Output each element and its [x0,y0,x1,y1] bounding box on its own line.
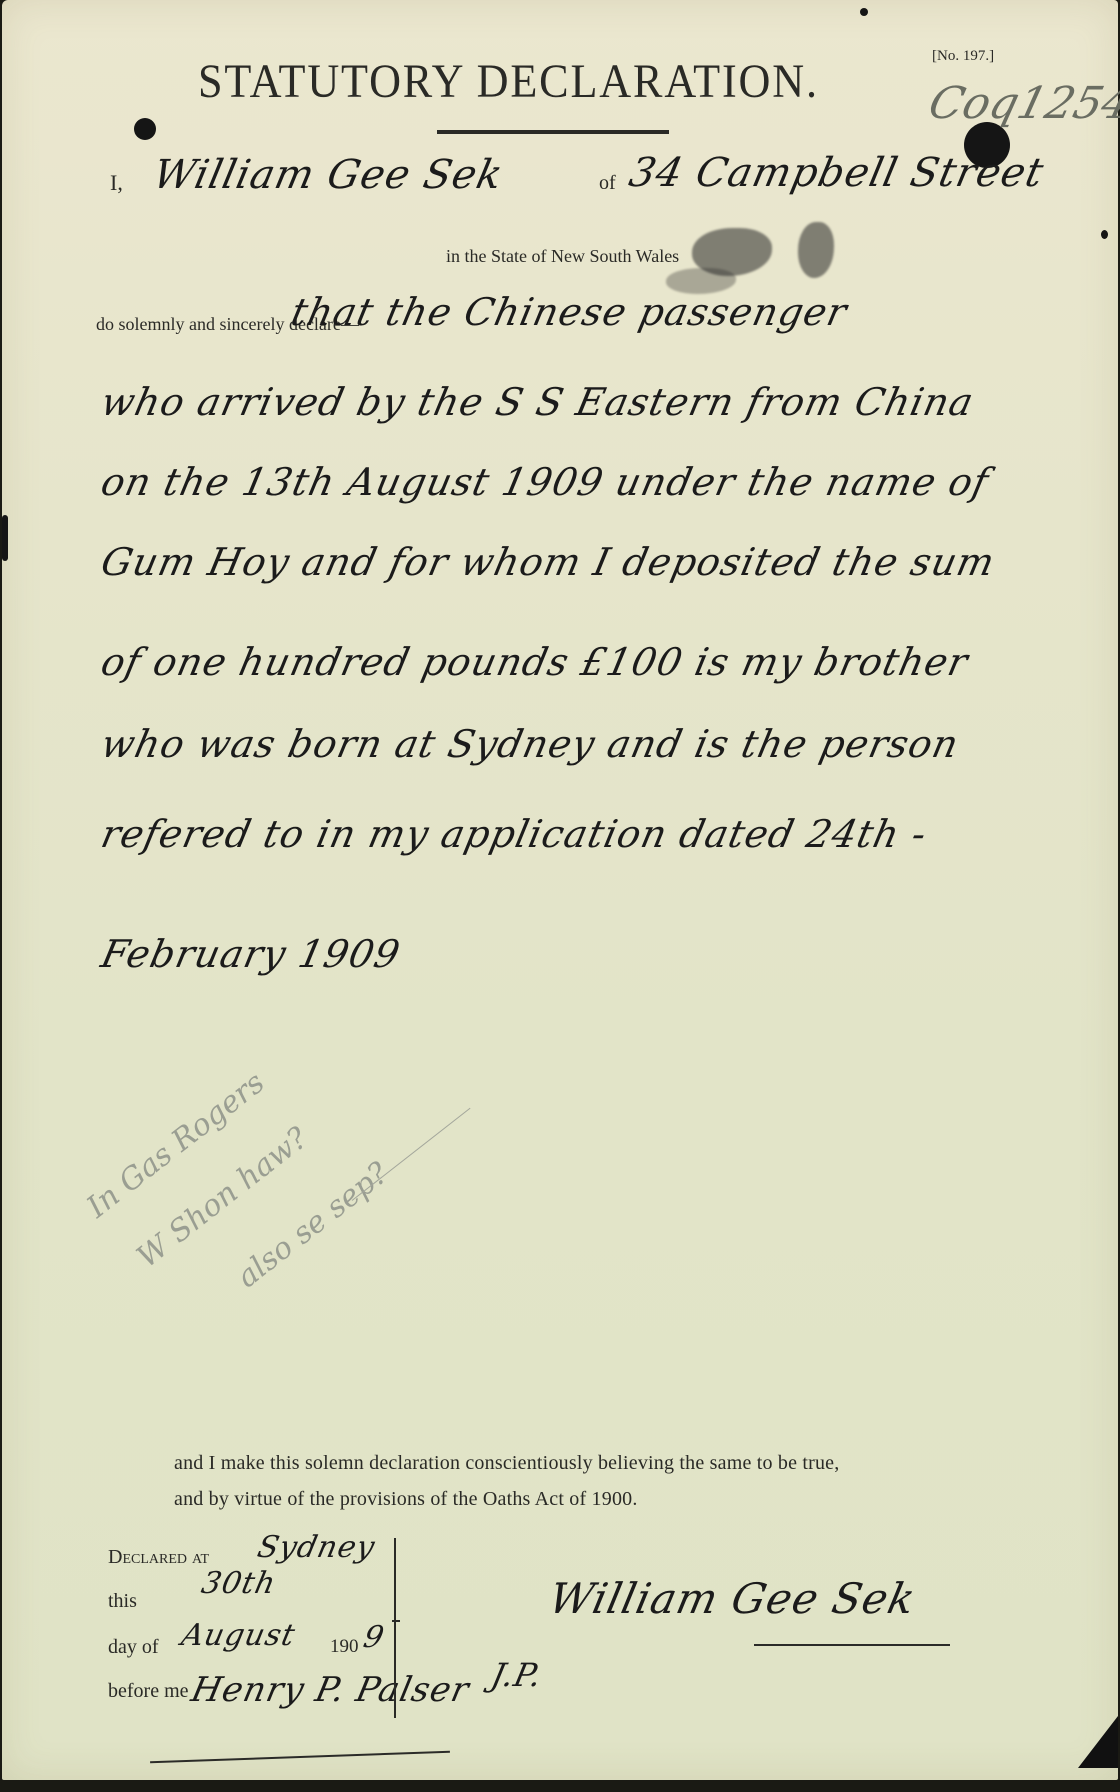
witness-title: J.P. [488,1656,546,1694]
declaration-line: February 1909 [97,932,404,976]
of-label: of [599,172,616,195]
ink-blot [860,8,868,16]
declaration-line: on the 13th August 1909 under the name o… [97,460,993,504]
declarant-signature: William Gee Sek [545,1574,920,1623]
this-label: this [108,1590,137,1613]
declared-place: Sydney [254,1530,378,1565]
declaration-line: who was born at Sydney and is the person [97,722,963,766]
declared-at-label: Declared at [108,1546,209,1569]
declaration-line: Gum Hoy and for whom I deposited the sum [97,540,999,584]
document-page: [No. 197.] STATUTORY DECLARATION. Coq125… [2,0,1118,1780]
reference-number: Coq12548 [924,78,1120,129]
state-line: in the State of New South Wales [446,246,679,267]
declaration-line: who arrived by the S S Eastern from Chin… [97,380,978,424]
day-of-label: day of [108,1636,159,1659]
ink-blot [134,118,156,140]
declared-brace-tip [392,1620,400,1622]
address: 34 Campbell Street [625,150,1048,196]
folded-corner [1078,1716,1118,1768]
declarant-signature-underline [754,1644,950,1646]
declared-brace [390,1538,396,1718]
declarant-name: William Gee Sek [149,152,507,198]
declarant-prefix: I, [110,170,123,196]
pencil-stroke [352,1108,471,1201]
closing-text: and I make this solemn declaration consc… [174,1452,839,1475]
declared-month: August [178,1618,298,1653]
witness-signature: Henry P. Palser [188,1670,473,1710]
form-number: [No. 197.] [932,48,994,65]
ink-stain [798,222,834,278]
closing-text: and by virtue of the provisions of the O… [174,1488,638,1511]
declared-day: 30th [198,1566,279,1601]
declaration-line: of one hundred pounds £100 is my brother [97,640,972,684]
year-suffix: 9 [360,1620,388,1655]
ink-blot [1101,230,1108,239]
declaration-line: that the Chinese passenger [287,290,851,334]
ink-blot [2,515,8,561]
witness-flourish [150,1751,450,1763]
page-title: STATUTORY DECLARATION. [198,54,819,109]
year-prefix: 190 [330,1636,359,1658]
title-underline [437,130,669,134]
declaration-line: refered to in my application dated 24th … [97,812,931,856]
before-me-label: before me [108,1680,189,1703]
